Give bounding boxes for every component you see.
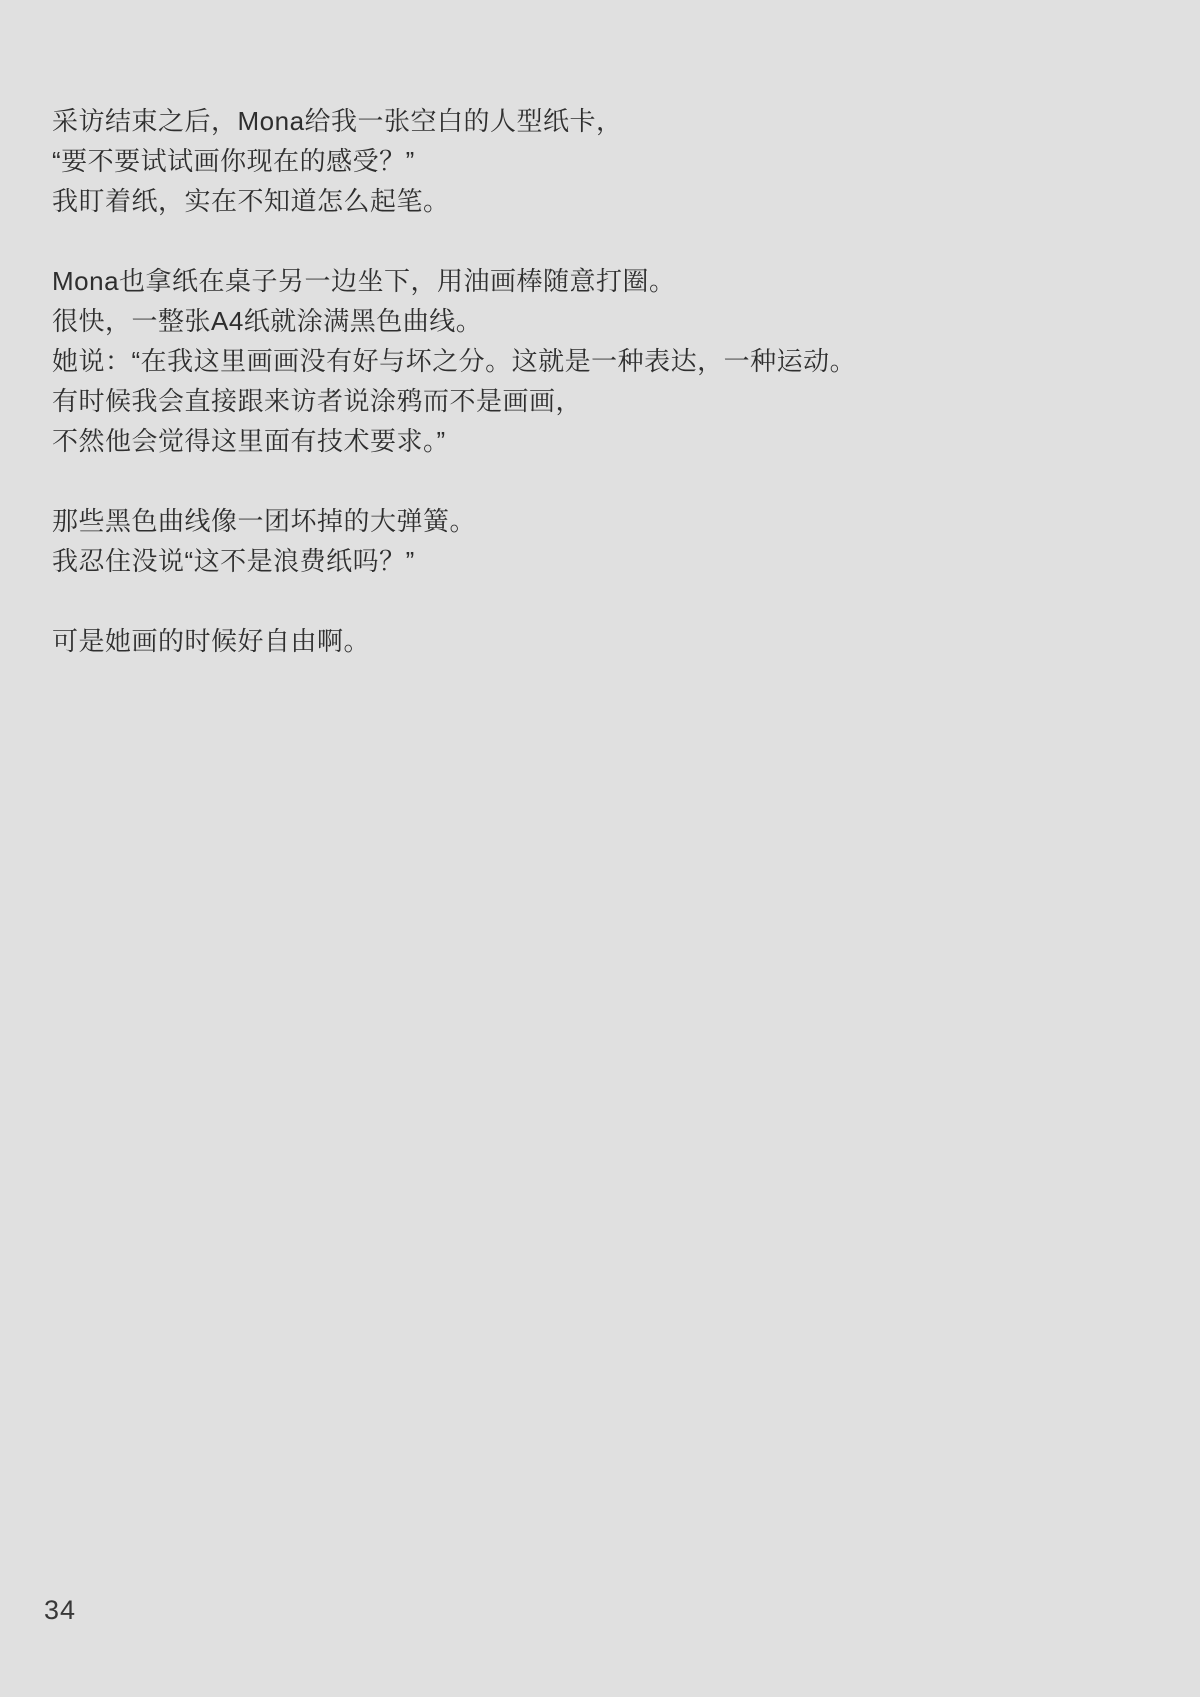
text-line: 可是她画的时候好自由啊。 (52, 621, 1160, 661)
text-line: 不然他会觉得这里面有技术要求。” (52, 421, 1160, 461)
body-text: 采访结束之后，Mona给我一张空白的人型纸卡， “要不要试试画你现在的感受？” … (52, 101, 1160, 701)
paragraph: 采访结束之后，Mona给我一张空白的人型纸卡， “要不要试试画你现在的感受？” … (52, 101, 1160, 221)
text-line: 我盯着纸，实在不知道怎么起笔。 (52, 181, 1160, 221)
text-line: 有时候我会直接跟来访者说涂鸦而不是画画， (52, 381, 1160, 421)
text-line: 那些黑色曲线像一团坏掉的大弹簧。 (52, 501, 1160, 541)
text-line: 她说：“在我这里画画没有好与坏之分。这就是一种表达，一种运动。 (52, 341, 1160, 381)
text-line: Mona也拿纸在桌子另一边坐下，用油画棒随意打圈。 (52, 261, 1160, 301)
paragraph: 那些黑色曲线像一团坏掉的大弹簧。 我忍住没说“这不是浪费纸吗？” (52, 501, 1160, 581)
text-line: 很快，一整张A4纸就涂满黑色曲线。 (52, 301, 1160, 341)
text-line: “要不要试试画你现在的感受？” (52, 141, 1160, 181)
paragraph: Mona也拿纸在桌子另一边坐下，用油画棒随意打圈。 很快，一整张A4纸就涂满黑色… (52, 261, 1160, 461)
text-line: 采访结束之后，Mona给我一张空白的人型纸卡， (52, 101, 1160, 141)
paragraph: 可是她画的时候好自由啊。 (52, 621, 1160, 661)
text-line: 我忍住没说“这不是浪费纸吗？” (52, 541, 1160, 581)
page: 采访结束之后，Mona给我一张空白的人型纸卡， “要不要试试画你现在的感受？” … (0, 0, 1200, 1697)
page-number: 34 (44, 1594, 76, 1626)
